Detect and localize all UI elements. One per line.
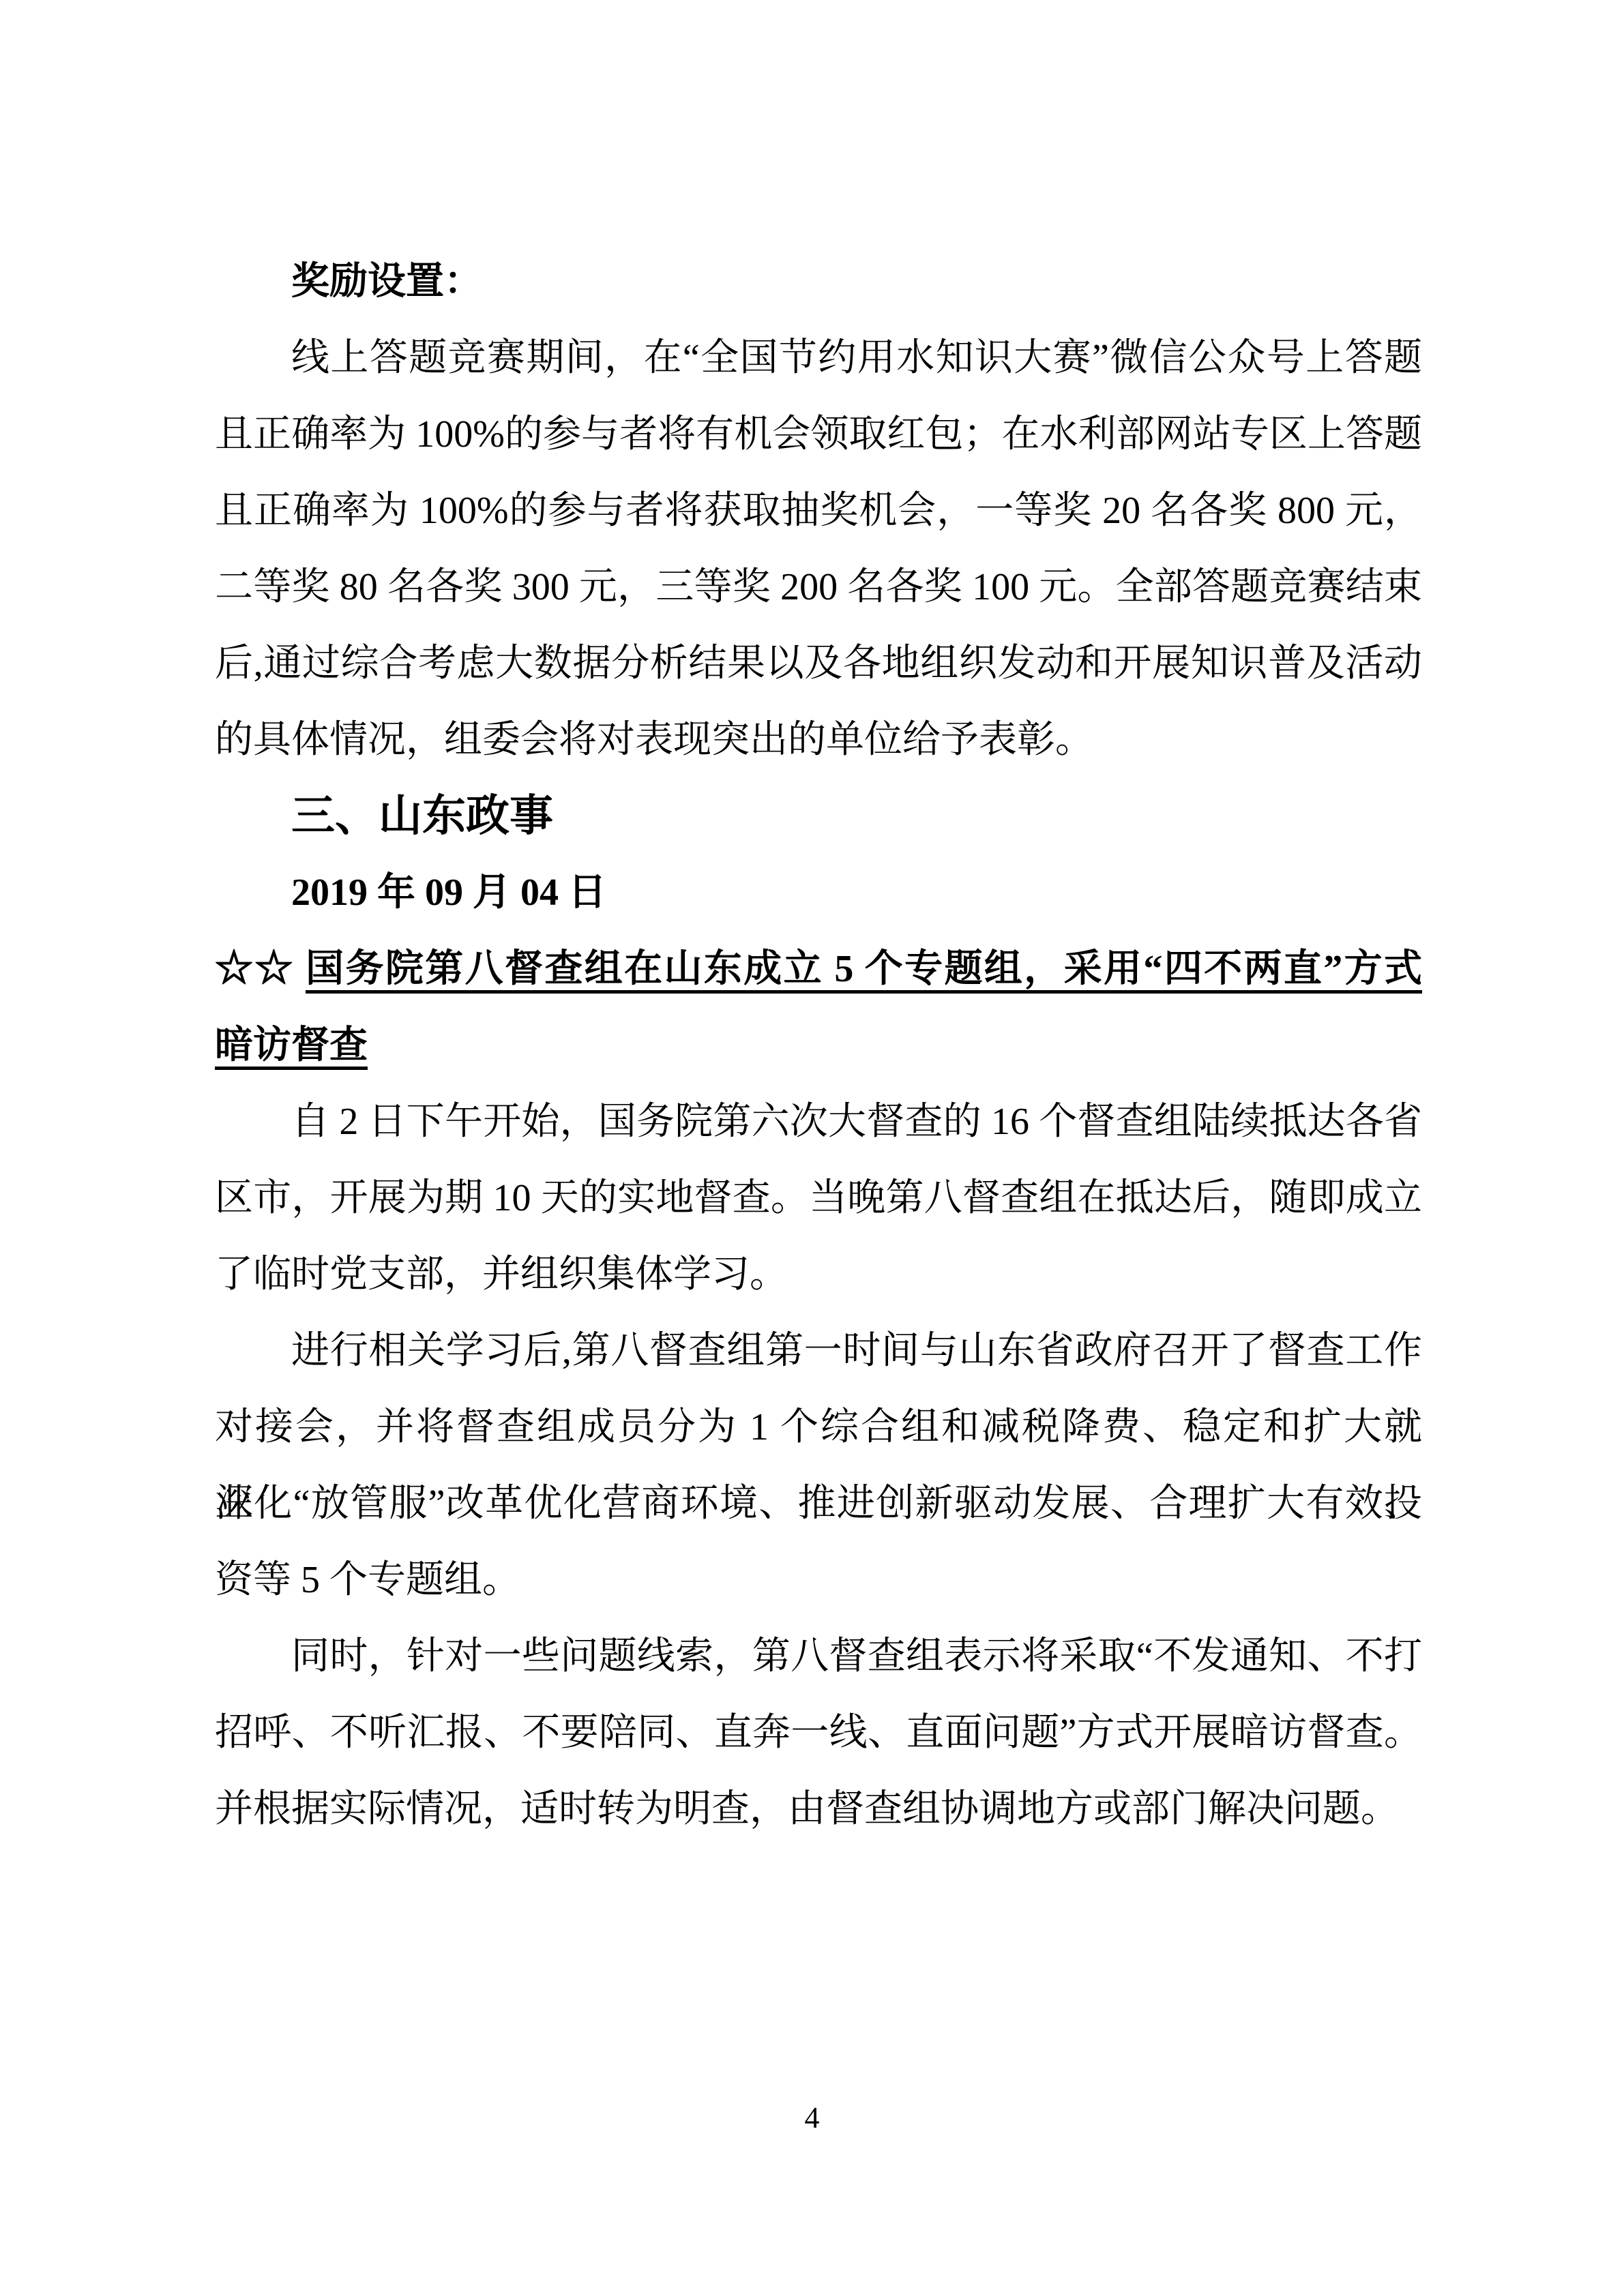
text-line: 深化“放管服”改革优化营商环境、推进创新驱动发展、合理扩大有效投 — [215, 1465, 1422, 1542]
text-line: 三、山东政事 — [215, 778, 1422, 854]
text-line: 二等奖 80 名各奖 300 元，三等奖 200 名各奖 100 元。全部答题竞… — [215, 549, 1422, 625]
line-text: 奖励设置： — [291, 260, 482, 303]
line-text: 招呼、不听汇报、不要陪同、直奔一线、直面问题”方式开展暗访督查。 — [215, 1712, 1422, 1754]
text-line: 后,通过综合考虑大数据分析结果以及各地组织发动和开展知识普及活动 — [215, 625, 1422, 702]
line-text: 且正确率为 100%的参与者将获取抽奖机会，一等奖 20 名各奖 800 元， — [215, 490, 1422, 532]
line-text: 了临时党支部，并组织集体学习。 — [215, 1253, 788, 1296]
line-text: 资等 5 个专题组。 — [215, 1559, 520, 1601]
text-line: 且正确率为 100%的参与者将有机会领取红包；在水利部网站专区上答题 — [215, 396, 1422, 473]
text-line: 且正确率为 100%的参与者将获取抽奖机会，一等奖 20 名各奖 800 元， — [215, 473, 1422, 549]
text-line: 暗访督查 — [215, 1007, 1422, 1084]
line-text: 自 2 日下午开始，国务院第六次大督查的 16 个督查组陆续抵达各省 — [291, 1101, 1422, 1143]
page-number: 4 — [0, 2102, 1624, 2134]
line-text: 三、山东政事 — [291, 792, 553, 840]
text-line: 的具体情况，组委会将对表现突出的单位给予表彰。 — [215, 702, 1422, 778]
line-text: 进行相关学习后,第八督查组第一时间与山东省政府召开了督查工作 — [291, 1330, 1422, 1372]
line-text: 并根据实际情况，适时转为明查，由督查组协调地方或部门解决问题。 — [215, 1788, 1399, 1830]
star-prefix: ☆☆ — [215, 948, 306, 990]
line-text: 的具体情况，组委会将对表现突出的单位给予表彰。 — [215, 719, 1093, 761]
line-text: 线上答题竞赛期间，在“全国节约用水知识大赛”微信公众号上答题 — [291, 337, 1422, 379]
text-line: 资等 5 个专题组。 — [215, 1542, 1422, 1618]
text-line: 并根据实际情况，适时转为明查，由督查组协调地方或部门解决问题。 — [215, 1771, 1422, 1847]
text-line: 招呼、不听汇报、不要陪同、直奔一线、直面问题”方式开展暗访督查。 — [215, 1695, 1422, 1771]
text-line: 了临时党支部，并组织集体学习。 — [215, 1236, 1422, 1313]
underlined-text: 暗访督查 — [215, 1024, 368, 1070]
text-line: 同时，针对一些问题线索，第八督查组表示将采取“不发通知、不打 — [215, 1618, 1422, 1695]
text-line: 区市，开展为期 10 天的实地督查。当晚第八督查组在抵达后，随即成立 — [215, 1160, 1422, 1236]
text-line: 对接会，并将督查组成员分为 1 个综合组和减税降费、稳定和扩大就业、 — [215, 1389, 1422, 1465]
line-text: 二等奖 80 名各奖 300 元，三等奖 200 名各奖 100 元。全部答题竞… — [215, 566, 1422, 608]
text-line: 奖励设置： — [215, 243, 1422, 320]
text-line: 线上答题竞赛期间，在“全国节约用水知识大赛”微信公众号上答题 — [215, 320, 1422, 396]
document-body: 奖励设置：线上答题竞赛期间，在“全国节约用水知识大赛”微信公众号上答题且正确率为… — [215, 243, 1422, 1847]
line-text: 同时，针对一些问题线索，第八督查组表示将采取“不发通知、不打 — [291, 1635, 1422, 1678]
underlined-text: 国务院第八督查组在山东成立 5 个专题组，采用“四不两直”方式 — [306, 948, 1422, 994]
text-line: 自 2 日下午开始，国务院第六次大督查的 16 个督查组陆续抵达各省 — [215, 1084, 1422, 1160]
line-text: 深化“放管服”改革优化营商环境、推进创新驱动发展、合理扩大有效投 — [215, 1482, 1422, 1525]
text-line: 进行相关学习后,第八督查组第一时间与山东省政府召开了督查工作 — [215, 1313, 1422, 1389]
text-line: ☆☆ 国务院第八督查组在山东成立 5 个专题组，采用“四不两直”方式 — [215, 931, 1422, 1007]
line-text: 且正确率为 100%的参与者将有机会领取红包；在水利部网站专区上答题 — [215, 413, 1422, 456]
line-text: 后,通过综合考虑大数据分析结果以及各地组织发动和开展知识普及活动 — [215, 642, 1422, 685]
document-page: 奖励设置：线上答题竞赛期间，在“全国节约用水知识大赛”微信公众号上答题且正确率为… — [0, 0, 1624, 2296]
text-line: 2019 年 09 月 04 日 — [215, 854, 1422, 931]
line-text: 2019 年 09 月 04 日 — [291, 871, 606, 914]
line-text: 区市，开展为期 10 天的实地督查。当晚第八督查组在抵达后，随即成立 — [215, 1177, 1422, 1219]
